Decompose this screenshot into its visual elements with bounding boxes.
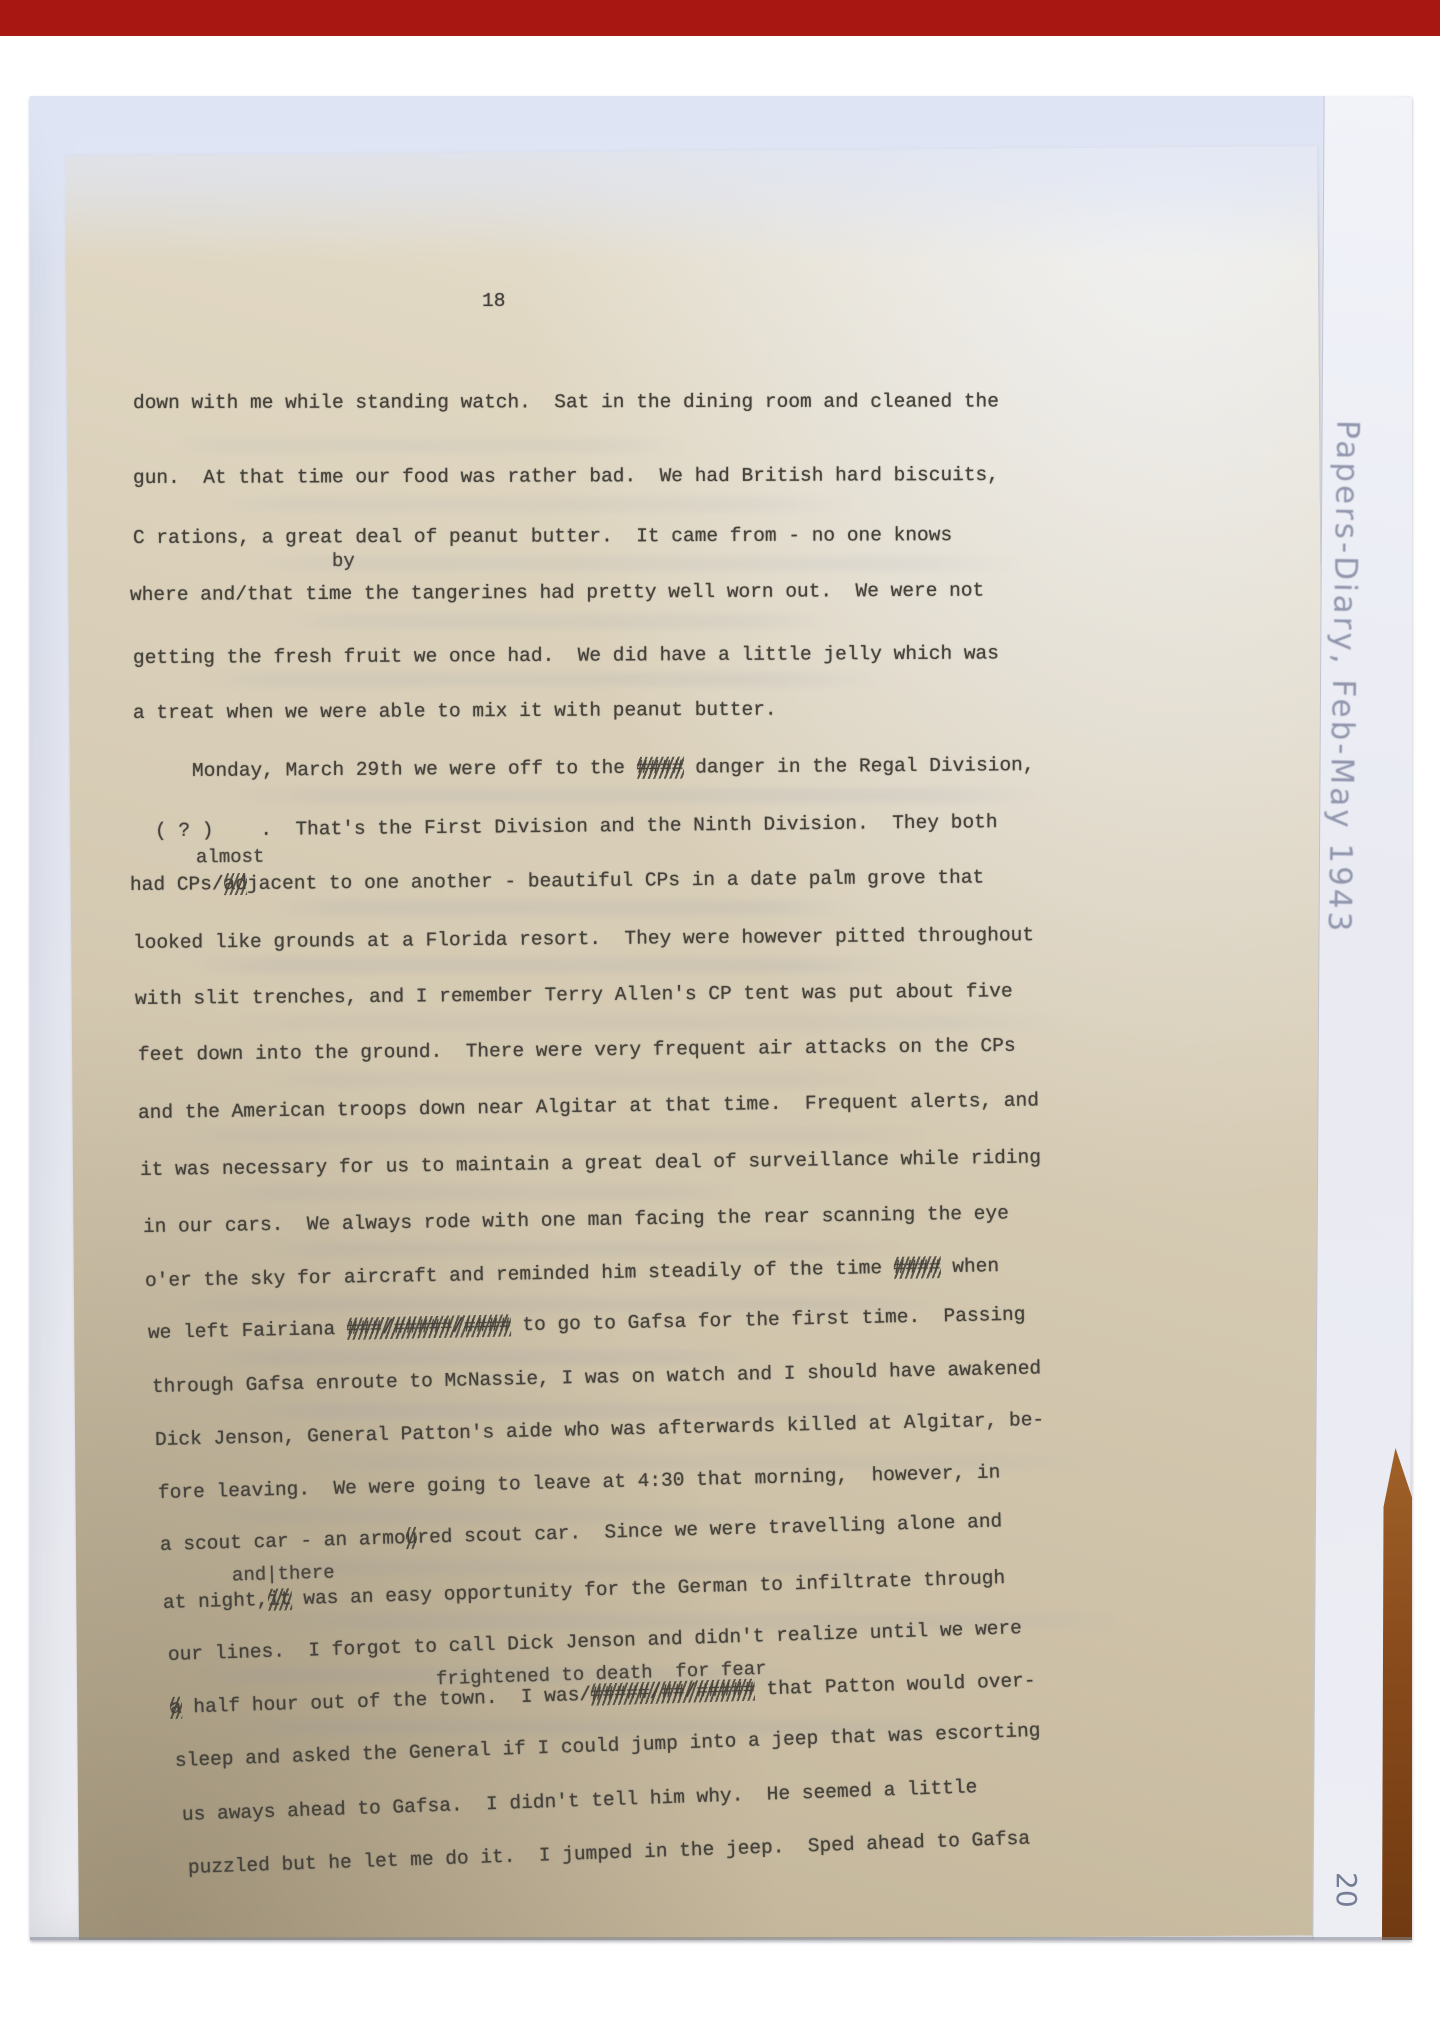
typed-line: we left Fairiana ###/#####/#### to go to… xyxy=(148,1302,1026,1346)
struck-out-text: #### xyxy=(894,1256,941,1279)
typed-line: o'er the sky for aircraft and reminded h… xyxy=(145,1253,1000,1294)
typed-line: through Gafsa enroute to McNassie, I was… xyxy=(152,1355,1042,1400)
typed-line: with slit trenches, and I remember Terry… xyxy=(135,978,1013,1012)
struck-out-text: it xyxy=(268,1588,292,1611)
typed-line: and the American troops down near Algita… xyxy=(138,1087,1039,1126)
typed-line: it was necessary for us to maintain a gr… xyxy=(140,1144,1041,1183)
typed-line: had CPs/adjacent to one another - beauti… xyxy=(130,865,984,898)
typed-line: down with me while standing watch. Sat i… xyxy=(133,388,999,416)
typed-line: 18 xyxy=(482,288,505,314)
typed-line: where and/that time the tangerines had p… xyxy=(130,578,984,608)
typed-line: sleep and asked the General if I could j… xyxy=(175,1718,1041,1774)
struck-out-text: a xyxy=(170,1697,182,1719)
typed-line: looked like grounds at a Florida resort.… xyxy=(133,922,1034,956)
photo-bottom-edge xyxy=(30,1937,1412,1940)
struck-out-text: ad xyxy=(224,873,248,895)
typed-line: getting the fresh fruit we once had. We … xyxy=(133,640,999,671)
typed-line: Monday, March 29th we were off to the ##… xyxy=(192,752,1035,784)
typed-line: ( ? ) . That's the First Division and th… xyxy=(155,809,998,844)
typed-line: feet down into the ground. There were ve… xyxy=(138,1033,1016,1068)
typed-text-layer: 18down with me while standing watch. Sat… xyxy=(0,0,1440,2038)
struck-out-text: #### xyxy=(637,757,684,779)
typed-insertion: by xyxy=(332,549,355,573)
typed-line: puzzled but he let me do it. I jumped in… xyxy=(188,1826,1031,1881)
typed-line: us aways ahead to Gafsa. I didn't tell h… xyxy=(182,1774,978,1828)
typed-line: our lines. I forgot to call Dick Jenson … xyxy=(168,1615,1023,1668)
scanned-diary-page-screenshot: 18down with me while standing watch. Sat… xyxy=(0,0,1440,2038)
typed-line: a scout car - an armoured scout car. Sin… xyxy=(160,1508,1003,1558)
typed-line: fore leaving. We were going to leave at … xyxy=(158,1459,1001,1506)
typed-insertion: and|there xyxy=(232,1560,335,1587)
typed-insertion: almost xyxy=(196,845,265,870)
typed-line: gun. At that time our food was rather ba… xyxy=(133,462,999,491)
typed-line: in our cars. We always rode with one man… xyxy=(143,1200,1009,1240)
typed-line: C rations, a great deal of peanut butter… xyxy=(133,522,952,551)
typed-line: a treat when we were able to mix it with… xyxy=(133,697,777,726)
typed-line: Dick Jenson, General Patton's aide who w… xyxy=(155,1407,1045,1453)
struck-out-text: ###/#####/#### xyxy=(347,1314,511,1339)
